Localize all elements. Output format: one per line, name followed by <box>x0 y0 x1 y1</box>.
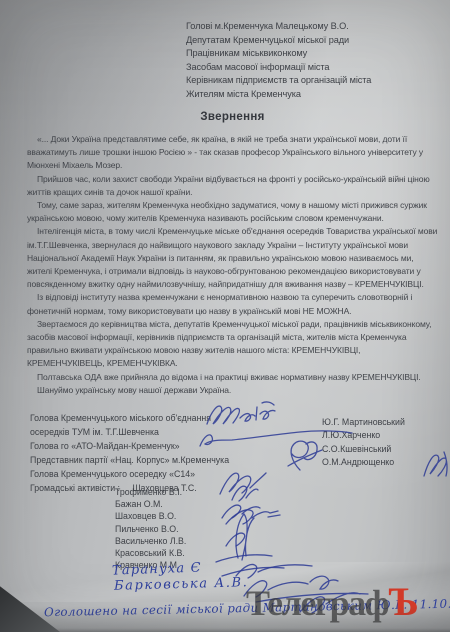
signatory-name: С.О.Кшевінський <box>322 443 447 456</box>
recipient-list: Голові м.Кременчука Малецькому В.О. Депу… <box>186 20 444 102</box>
document-title: Звернення <box>27 111 438 123</box>
paragraph: Полтавська ОДА вже прийняла до відома і … <box>27 371 439 384</box>
signatory-label: Голова Кременчуцького міського об'єднанн… <box>30 411 300 425</box>
paragraph: Прийшов час, коли захист свободи України… <box>27 173 439 199</box>
activist-list: Трофименко В.І. Бажан О.М. Шаховцев В.О.… <box>115 486 235 571</box>
paragraph: Шануймо українську мову нашої держави Ук… <box>27 384 439 397</box>
signatory-labels: Голова Кременчуцького міського об'єднанн… <box>30 411 300 495</box>
document-body: «... Доки Україна представлятиме себе, я… <box>27 133 439 397</box>
scanned-letter-photo: Голові м.Кременчука Малецькому В.О. Депу… <box>0 0 450 632</box>
paragraph: Звертаємося до керівництва міста, депута… <box>27 318 439 371</box>
paper-bottom-shadow <box>0 606 450 632</box>
recipient-line: Засобам масової інформації міста <box>186 61 444 75</box>
recipient-line: Депутатам Кременчуцької міської ради <box>186 34 444 48</box>
recipient-line: Жителям міста Кременчука <box>186 88 444 102</box>
paragraph: Із відповіді інституту назва кременчужан… <box>27 291 439 317</box>
activists-caption: Громадські активісти : <box>30 483 120 493</box>
signatory-label: осередків ТУМ ім. Т.Г.Шевченка <box>30 425 300 439</box>
recipient-line: Голові м.Кременчука Малецькому В.О. <box>186 20 444 34</box>
activist-name: Трофименко В.І. <box>115 486 235 498</box>
signatory-name: Ю.Г. Мартиновський <box>322 416 447 429</box>
activist-name: Пильченко В.О. <box>115 523 235 535</box>
activist-name: Бажан О.М. <box>115 498 235 510</box>
activist-name: Красовський К.В. <box>115 547 235 559</box>
recipient-line: Керівникам підприємств та організацій мі… <box>186 74 444 88</box>
recipient-line: Працівникам міськвиконкому <box>186 47 444 61</box>
signatory-name: Л.Ю.Харченко <box>322 429 447 442</box>
activist-name: Васильченко Л.В. <box>115 535 235 547</box>
paragraph: Тому, саме зараз, жителям Кременчука нео… <box>27 199 439 225</box>
signatory-label: Представник партії «Нац. Корпус» м.Креме… <box>30 453 300 467</box>
signatory-label: Голова Кременчуцького осередку «С14» <box>30 467 300 481</box>
paragraph: «... Доки Україна представлятиме себе, я… <box>27 133 439 173</box>
activist-name: Шаховцев В.О. <box>115 510 235 522</box>
signatory-name: О.М.Андрющенко <box>322 456 447 469</box>
paragraph: Інтелігенція міста, в тому числі Кременч… <box>27 225 439 291</box>
signatory-names: Ю.Г. Мартиновський Л.Ю.Харченко С.О.Кшев… <box>322 416 447 470</box>
signatory-label: Голова го «АТО-Майдан-Кременчук» <box>30 439 300 453</box>
